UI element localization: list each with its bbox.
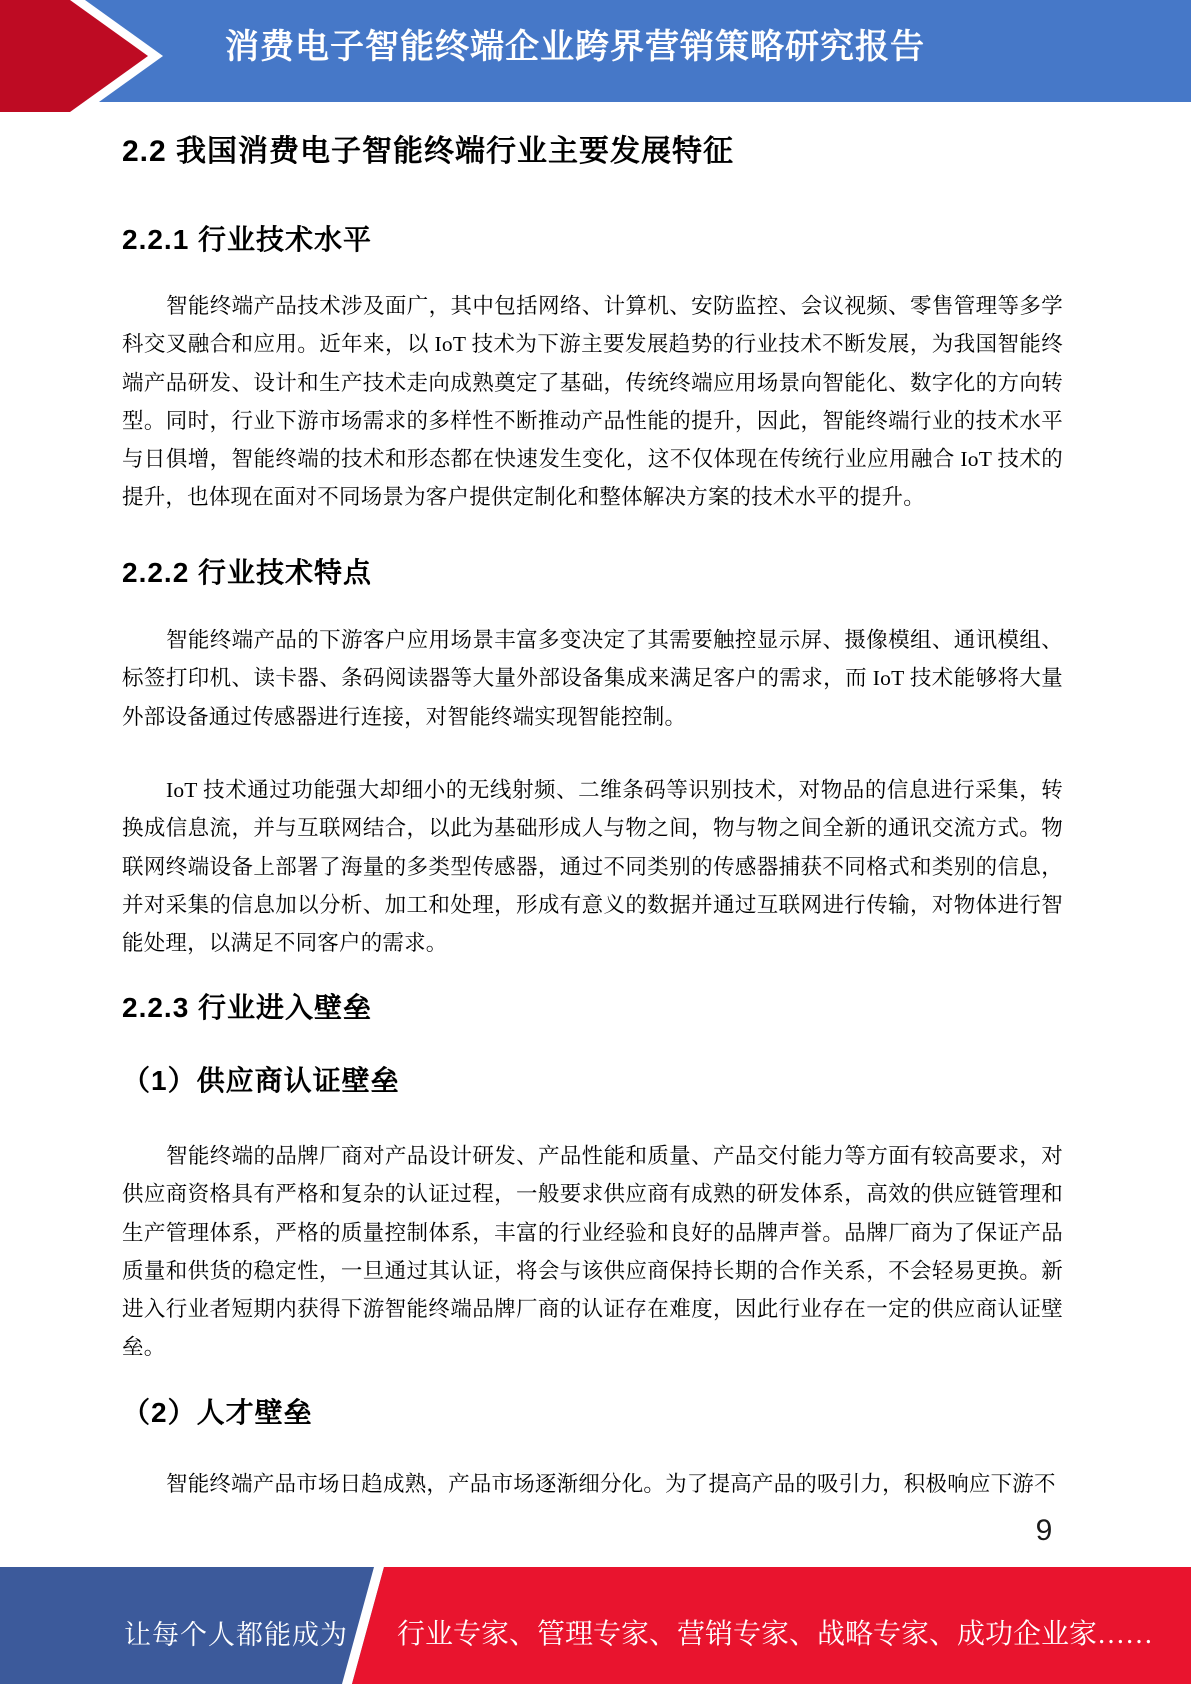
paragraph-tech-features-1: 智能终端产品的下游客户应用场景丰富多变决定了其需要触控显示屏、摄像模组、通讯模组… [122,621,1063,736]
document-page: 消费电子智能终端企业跨界营销策略研究报告 2.2 我国消费电子智能终端行业主要发… [0,0,1191,1684]
heading-2-2-2: 2.2.2 行业技术特点 [122,551,372,591]
heading-2-2-3: 2.2.3 行业进入壁垒 [122,986,372,1026]
heading-talent-barrier: （2）人才壁垒 [122,1391,313,1431]
paragraph-supplier-certification-barrier: 智能终端的品牌厂商对产品设计研发、产品性能和质量、产品交付能力等方面有较高要求，… [122,1137,1063,1367]
paragraph-industry-tech-level: 智能终端产品技术涉及面广，其中包括网络、计算机、安防监控、会议视频、零售管理等多… [122,287,1063,517]
report-title: 消费电子智能终端企业跨界营销策略研究报告 [225,27,925,67]
page-number: 9 [1022,1514,1066,1548]
footer-banner: 让每个人都能成为 行业专家、管理专家、营销专家、战略专家、成功企业家…… [0,1567,1191,1684]
chevron-arrow-icon [0,0,180,112]
footer-slogan-right: 行业专家、管理专家、营销专家、战略专家、成功企业家…… [397,1612,1153,1652]
paragraph-talent-barrier: 智能终端产品市场日趋成熟，产品市场逐渐细分化。为了提高产品的吸引力，积极响应下游… [122,1465,1063,1503]
heading-2-2: 2.2 我国消费电子智能终端行业主要发展特征 [122,126,734,170]
footer-slogan-left: 让每个人都能成为 [120,1613,348,1652]
paragraph-tech-features-2: IoT 技术通过功能强大却细小的无线射频、二维条码等识别技术，对物品的信息进行采… [122,771,1063,962]
heading-2-2-1: 2.2.1 行业技术水平 [122,218,372,258]
heading-supplier-certification-barrier: （1）供应商认证壁垒 [122,1059,400,1099]
